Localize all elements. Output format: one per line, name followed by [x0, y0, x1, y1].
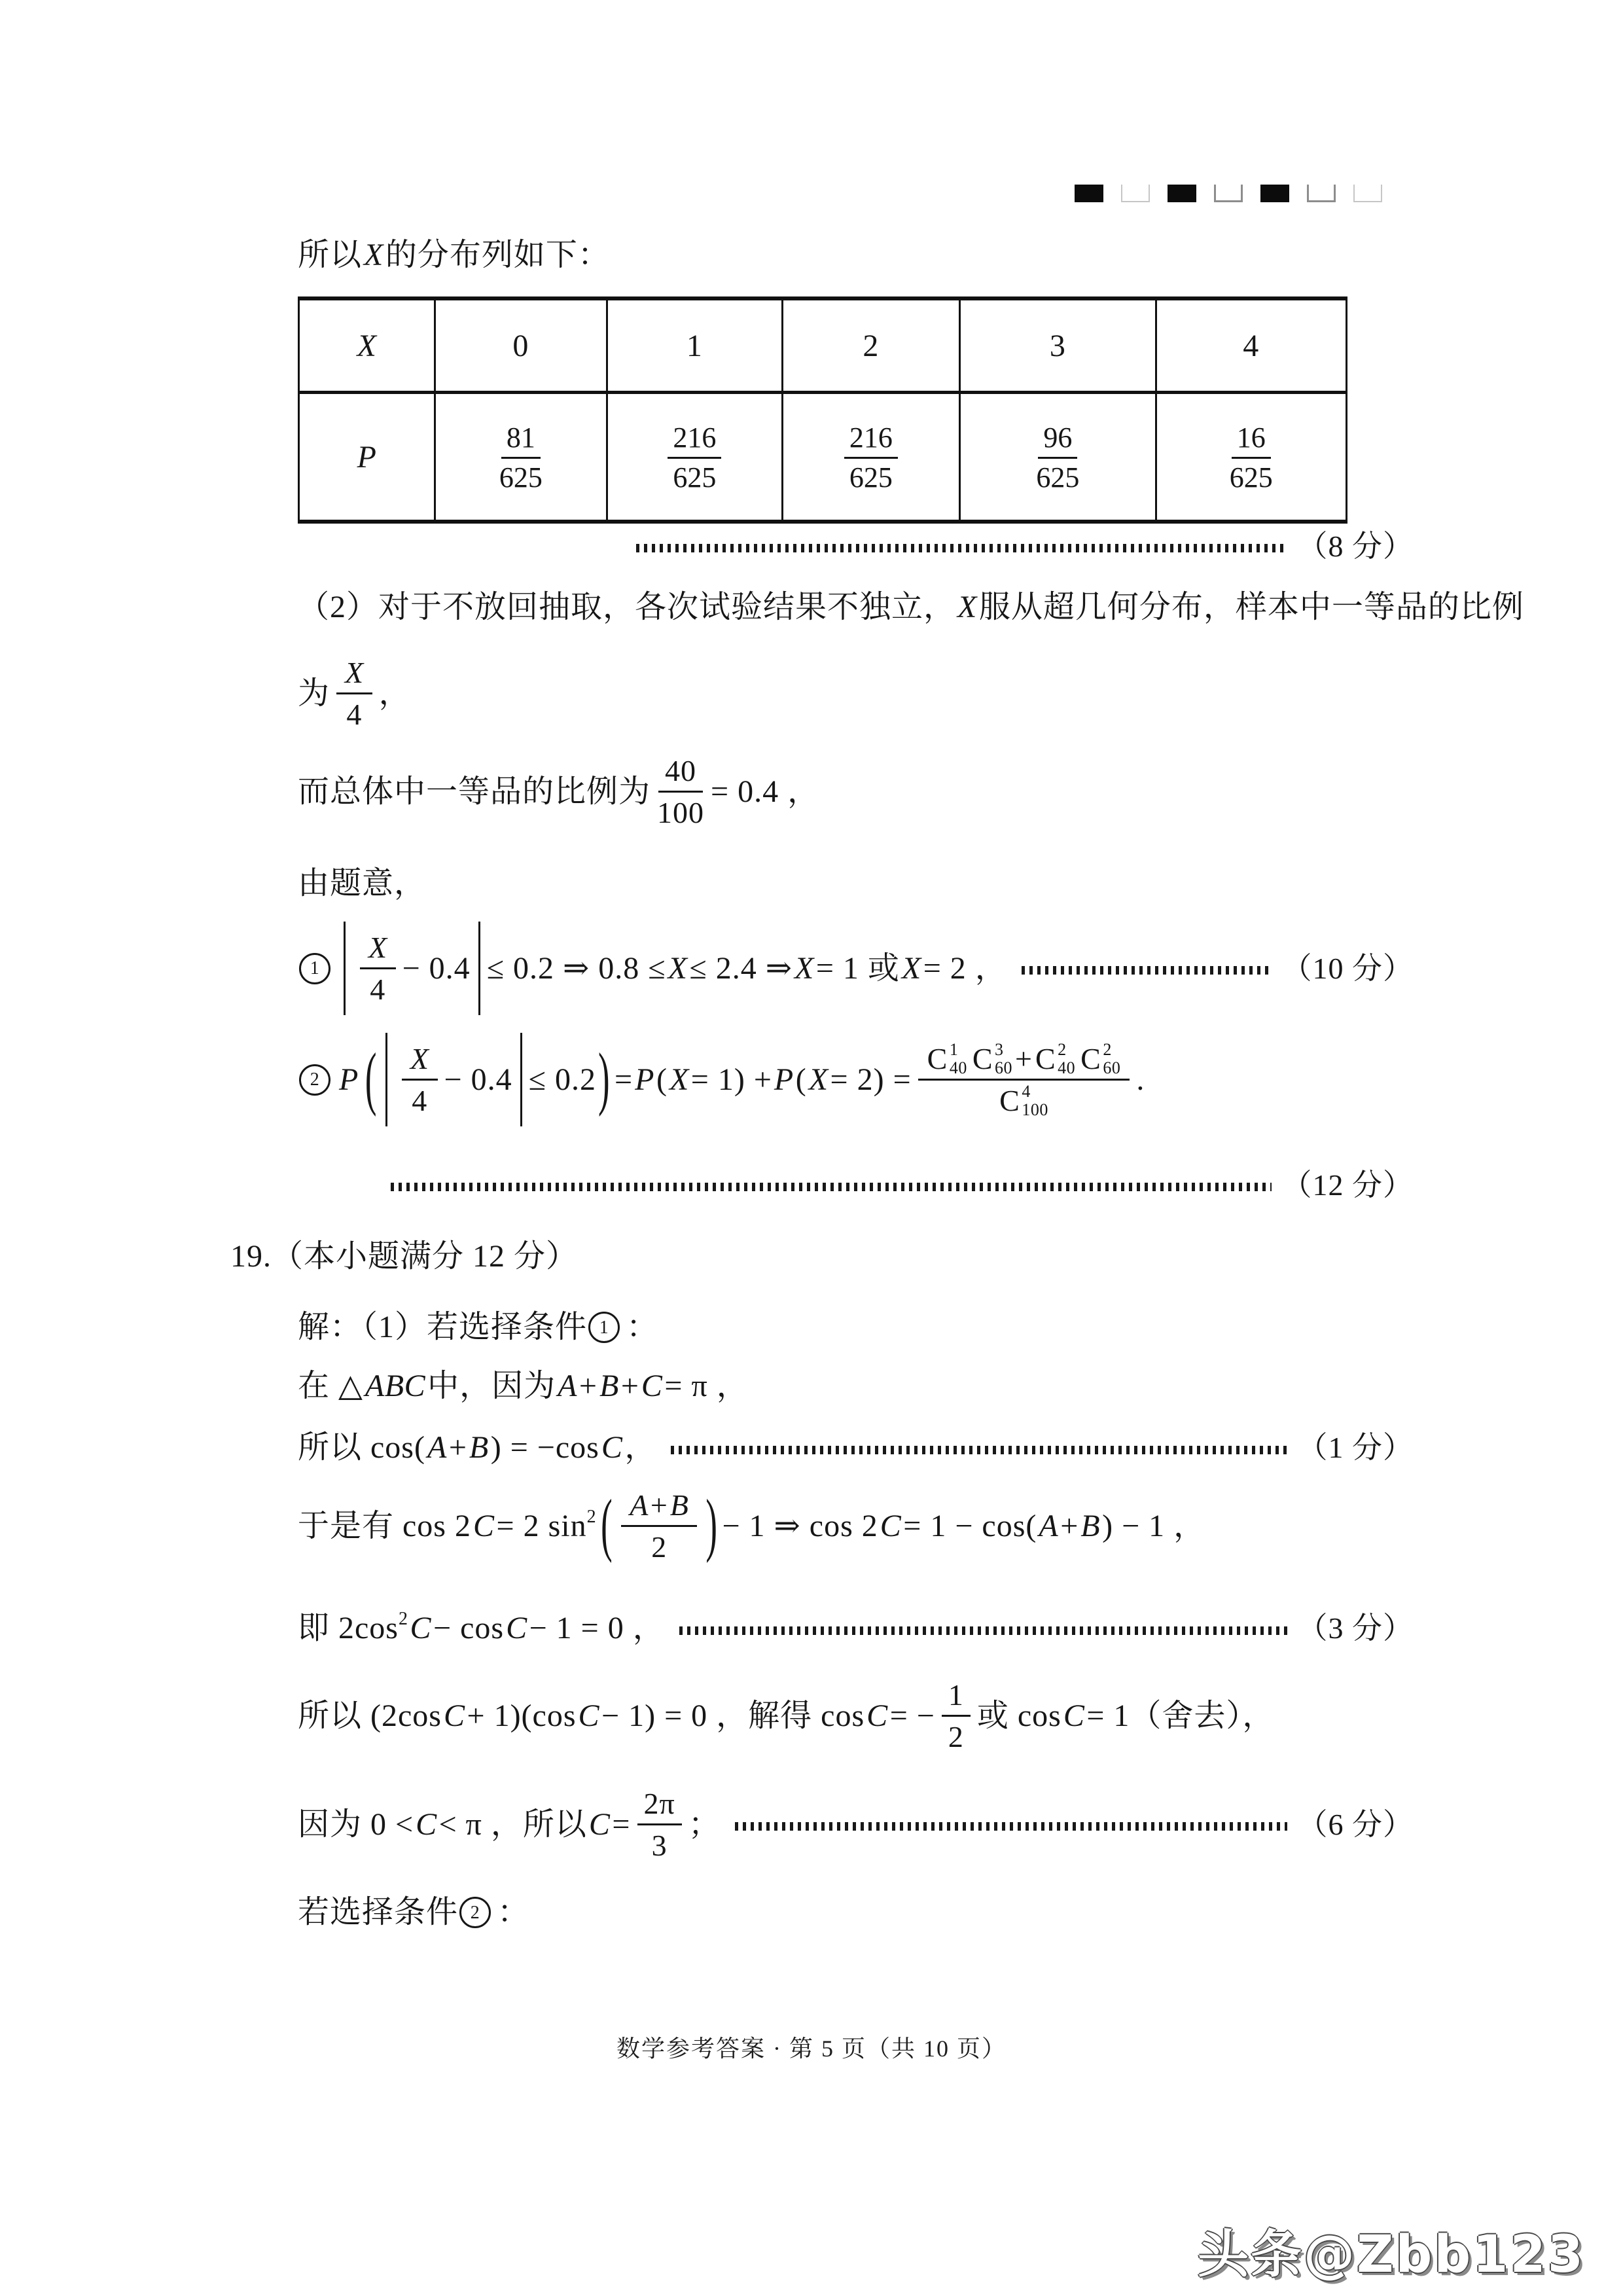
paren-content: X4− 0.4≤ 0.2 — [379, 1033, 596, 1126]
math-variable: C — [1063, 1696, 1085, 1736]
score-label: （3 分） — [1298, 1609, 1414, 1647]
fraction: 2π3 — [637, 1785, 682, 1863]
math-text: = − — [890, 1696, 935, 1736]
math-variable: C — [880, 1507, 902, 1546]
math-text: = 2) = — [830, 1060, 912, 1100]
fraction: 40100 — [657, 753, 704, 831]
numerator: X — [360, 929, 396, 969]
math-text: − 0.4 — [444, 1060, 512, 1100]
comb-superscript: 3 — [995, 1041, 1004, 1058]
parenthesized-group: (X4− 0.4≤ 0.2) — [363, 1033, 612, 1126]
math-text: 中，因为 — [427, 1367, 556, 1406]
close-paren: ) — [598, 1035, 610, 1124]
registration-mark — [1168, 185, 1196, 202]
comb-base: C — [1035, 1041, 1056, 1077]
score-label: （6 分） — [1298, 1806, 1414, 1844]
dotted-leader — [735, 1822, 1287, 1831]
comb-subscript: 40 — [1058, 1059, 1075, 1077]
probability-fraction: 216625 — [668, 421, 721, 495]
math-variable: B — [469, 1428, 489, 1467]
math-variable: C — [410, 1609, 432, 1648]
question19-title-line: 19.（本小题满分 12 分） — [230, 1237, 578, 1276]
math-variable: C — [641, 1367, 663, 1406]
math-variable: B — [670, 1487, 689, 1523]
registration-mark — [1307, 185, 1336, 202]
math-variable: A — [630, 1487, 649, 1523]
table-x-value: 3 — [1050, 329, 1066, 363]
open-paren: ( — [601, 1482, 613, 1570]
math-text: 所以 — [298, 236, 362, 275]
parenthesized-group: (A + B2) — [599, 1487, 719, 1565]
table-x-value: 1 — [687, 329, 703, 363]
triangle-sum-line: 在 △ABC 中，因为 A + B + C = π ， — [298, 1367, 749, 1406]
math-variable: X — [410, 1041, 429, 1077]
comb-base: C — [999, 1083, 1020, 1119]
math-text: − 0.4 — [402, 949, 471, 988]
probability-fraction: 96625 — [1036, 421, 1079, 495]
watermark-text: 头条@Zbb123 — [1198, 2225, 1585, 2284]
numerator: 1 — [942, 1677, 971, 1717]
dotted-leader — [636, 544, 1287, 552]
math-variable: X — [364, 236, 383, 275]
math-text: 4 — [412, 1083, 427, 1119]
math-text: = 1 或 — [816, 949, 900, 988]
step2-probability-line: 2P(X4− 0.4≤ 0.2) = P(X = 1) + P(X = 2) =… — [298, 1033, 1145, 1126]
comb-subscript: 60 — [1103, 1059, 1120, 1077]
footer-text: 数学参考答案 · 第 5 页（共 10 页） — [616, 2036, 1007, 2062]
math-text: 3 — [652, 1827, 668, 1863]
cos2C-derivation-line: 于是有 cos 2C = 2 sin2(A + B2)− 1 ⇒ cos 2C … — [298, 1487, 1205, 1565]
superscript: 2 — [587, 1508, 597, 1526]
math-text: = 1) + — [691, 1060, 772, 1100]
math-variable: X — [669, 1060, 689, 1100]
math-variable: X — [368, 929, 387, 965]
math-text: 19.（本小题满分 12 分） — [230, 1237, 578, 1276]
part2-intro-line: （2）对于不放回抽取，各次试验结果不独立， X 服从超几何分布，样本中一等品的比… — [298, 588, 1524, 627]
dotted-leader — [1022, 966, 1272, 975]
math-variable: A — [1039, 1507, 1058, 1546]
math-text: ≤ 0.2 — [529, 1060, 596, 1100]
circled-number: 1 — [299, 953, 330, 984]
factoring-line: 所以 (2cos C + 1)(cos C − 1) = 0 ，解得 cos C… — [298, 1677, 1274, 1755]
math-text: 所以 (2cos — [298, 1696, 442, 1736]
math-text: 40 — [665, 753, 696, 789]
math-text: + — [579, 1367, 597, 1406]
math-variable: B — [1080, 1507, 1100, 1546]
math-text: 100 — [657, 795, 704, 831]
math-text: 而总体中一等品的比例为 — [298, 772, 651, 812]
registration-mark — [1260, 185, 1289, 202]
comb-subscript: 60 — [995, 1059, 1012, 1077]
math-text: − 1 = 0 ， — [529, 1609, 665, 1648]
circled-number: 1 — [588, 1312, 620, 1343]
absolute-value-group: X4− 0.4 — [385, 1033, 522, 1126]
math-variable: C — [589, 1805, 611, 1844]
registration-mark — [1075, 185, 1103, 202]
denominator: 3 — [652, 1825, 668, 1863]
score-label: （1 分） — [1298, 1429, 1414, 1467]
score-label: （12 分） — [1282, 1166, 1414, 1204]
score-label: （8 分） — [1298, 528, 1414, 565]
math-text: ： — [626, 1308, 658, 1347]
numerator: X — [402, 1041, 438, 1081]
probability-fraction: 16625 — [1230, 421, 1273, 495]
math-text: < π ，所以 — [439, 1805, 587, 1844]
comb-base: C — [1080, 1041, 1101, 1077]
score-line-8: （8 分） — [622, 528, 1414, 565]
math-text: 即 2cos — [298, 1609, 399, 1648]
probability-fraction: 216625 — [844, 421, 898, 495]
comb-superscript: 2 — [1058, 1041, 1067, 1058]
math-text: 2 — [948, 1719, 964, 1755]
comb-scripts: 140 — [950, 1041, 967, 1077]
math-text: − 1 ⇒ cos 2 — [722, 1507, 878, 1546]
fraction: A + B2 — [621, 1487, 697, 1565]
table-x-label: X — [357, 329, 376, 363]
score-line-12: （12 分） — [376, 1166, 1414, 1204]
math-text: = 2 sin — [497, 1507, 587, 1546]
step1-inequality-line: 1X4− 0.4≤ 0.2 ⇒ 0.8 ≤ X ≤ 2.4 ⇒ X = 1 或X… — [298, 922, 1414, 1015]
probability-fraction: 81625 — [499, 421, 543, 495]
comb-superscript: 1 — [950, 1041, 959, 1058]
circled-number: 2 — [459, 1897, 491, 1928]
math-variable: P — [339, 1060, 359, 1100]
math-text: + — [449, 1428, 467, 1467]
math-text: 为 — [298, 674, 330, 713]
absolute-value-group: X4− 0.4 — [344, 922, 480, 1015]
math-text: ≤ 0.2 ⇒ 0.8 ≤ — [487, 949, 666, 988]
math-text: ) − 1 ， — [1102, 1507, 1205, 1546]
fraction: X4 — [402, 1041, 438, 1119]
print-registration-marks — [1075, 185, 1382, 202]
math-text: 2π — [644, 1785, 675, 1821]
distribution-table: X 0 1 2 3 4 P 81625 216625 216625 96625 … — [298, 296, 1347, 524]
combination: C4100 — [999, 1083, 1048, 1119]
registration-mark — [1214, 185, 1243, 202]
fraction: 12 — [942, 1677, 971, 1755]
fraction: X4 — [360, 929, 396, 1007]
circled-number: 2 — [299, 1064, 330, 1096]
combination: C360 — [972, 1041, 1012, 1077]
score-label: （10 分） — [1282, 950, 1414, 988]
math-text: 2 — [651, 1529, 667, 1565]
math-variable: ABC — [365, 1367, 425, 1406]
fraction: C140C360 + C240C260C4100 — [918, 1041, 1130, 1119]
math-variable: C — [506, 1609, 527, 1648]
combination: C240 — [1035, 1041, 1075, 1077]
math-text: 在 △ — [298, 1367, 363, 1406]
math-text: − cos — [433, 1609, 504, 1648]
denominator: 2 — [651, 1527, 667, 1565]
math-text: 于是有 cos 2 — [298, 1507, 471, 1546]
close-paren: ) — [705, 1482, 717, 1570]
distribution-intro-line: 所以 X 的分布列如下： — [298, 236, 610, 275]
math-text: 4 — [346, 696, 362, 732]
numerator: 2π — [637, 1785, 682, 1825]
math-text: + 1)(cos — [467, 1696, 577, 1736]
math-variable: X — [345, 655, 364, 691]
math-variable: C — [416, 1805, 437, 1844]
table-x-value: 0 — [512, 329, 529, 363]
by-problem-line: 由题意， — [298, 864, 426, 903]
math-variable: X — [902, 949, 921, 988]
denominator: 4 — [346, 694, 362, 732]
table-p-label: P — [357, 440, 376, 475]
math-variable: A — [427, 1428, 447, 1467]
solution-condition1-line: 解：（1）若选择条件1： — [298, 1308, 658, 1347]
fraction: X4 — [336, 655, 372, 732]
math-variable: X — [794, 949, 814, 988]
math-text: = 0.4 ， — [711, 772, 819, 812]
page-footer: 数学参考答案 · 第 5 页（共 10 页） — [0, 2030, 1623, 2064]
comb-base: C — [972, 1041, 993, 1077]
math-text: + — [1015, 1041, 1033, 1077]
math-variable: C — [473, 1507, 495, 1546]
denominator: 2 — [948, 1717, 964, 1755]
dotted-leader — [391, 1183, 1272, 1191]
dotted-leader — [679, 1626, 1287, 1635]
comb-scripts: 240 — [1058, 1041, 1075, 1077]
population-ratio-line: 而总体中一等品的比例为40100= 0.4 ， — [298, 753, 819, 831]
numerator: A + B — [621, 1487, 697, 1527]
comb-superscript: 2 — [1103, 1041, 1112, 1058]
open-paren: ( — [365, 1035, 377, 1124]
math-variable: C — [579, 1696, 600, 1736]
math-text: ( — [796, 1060, 807, 1100]
watermark: 头条@Zbb123 — [1198, 2214, 1585, 2287]
math-text: = π ， — [664, 1367, 748, 1406]
math-text: = — [612, 1805, 630, 1844]
denominator: 4 — [412, 1081, 427, 1119]
math-text: 若选择条件 — [298, 1893, 458, 1932]
combination: C260 — [1080, 1041, 1120, 1077]
table-x-value: 4 — [1243, 329, 1259, 363]
comb-scripts: 260 — [1103, 1041, 1120, 1077]
math-text: ， — [624, 1428, 656, 1467]
math-variable: C — [601, 1428, 623, 1467]
numerator: 40 — [658, 753, 703, 793]
denominator: 100 — [657, 793, 704, 831]
math-text: 解：（1）若选择条件 — [298, 1308, 587, 1347]
math-variable: P — [635, 1060, 654, 1100]
math-variable: C — [866, 1696, 888, 1736]
math-variable: C — [444, 1696, 465, 1736]
quadratic-line: 即 2cos2C − cos C − 1 = 0 ，（3 分） — [298, 1609, 1414, 1648]
dotted-leader — [671, 1446, 1287, 1454]
math-text: ； — [688, 1805, 721, 1844]
comb-scripts: 4100 — [1022, 1083, 1048, 1119]
condition2-line: 若选择条件2： — [298, 1893, 529, 1932]
math-text: = 1 − cos( — [903, 1507, 1037, 1546]
denominator: 4 — [370, 969, 385, 1007]
math-variable: B — [599, 1367, 619, 1406]
sample-ratio-line: 为X4， — [298, 655, 411, 732]
math-text: 或 cos — [977, 1696, 1061, 1736]
math-text: = 2 ， — [923, 949, 1007, 988]
math-variable: X — [668, 949, 688, 988]
math-text: 由题意， — [298, 864, 426, 903]
math-variable: X — [957, 588, 977, 627]
math-text: ： — [497, 1893, 529, 1932]
math-variable: A — [558, 1367, 577, 1406]
numerator: X — [336, 655, 372, 694]
math-text: − 1) = 0 ，解得 cos — [601, 1696, 865, 1736]
math-text: = — [615, 1060, 633, 1100]
math-text: （2）对于不放回抽取，各次试验结果不独立， — [298, 588, 955, 627]
paren-content: A + B2 — [615, 1487, 704, 1565]
math-text: + — [1060, 1507, 1079, 1546]
registration-mark — [1121, 185, 1150, 202]
table-row-x: X 0 1 2 3 4 — [299, 298, 1347, 393]
comb-superscript: 4 — [1022, 1083, 1031, 1100]
table-x-value: 2 — [863, 329, 879, 363]
math-text: 1 — [948, 1677, 964, 1713]
math-text: + — [651, 1487, 668, 1523]
comb-subscript: 40 — [950, 1059, 967, 1077]
comb-subscript: 100 — [1022, 1101, 1048, 1119]
math-text: ≤ 2.4 ⇒ — [689, 949, 793, 988]
superscript: 2 — [399, 1610, 408, 1628]
angle-result-line: 因为 0 < C < π ，所以 C = 2π3；（6 分） — [298, 1785, 1414, 1863]
math-text: 所以 cos( — [298, 1428, 425, 1467]
numerator: C140C360 + C240C260 — [918, 1041, 1130, 1081]
math-text: 服从超几何分布，样本中一等品的比例 — [979, 588, 1524, 627]
table-row-p: P 81625 216625 216625 96625 16625 — [299, 393, 1347, 522]
math-text: 因为 0 < — [298, 1805, 414, 1844]
comb-base: C — [927, 1041, 948, 1077]
math-variable: X — [809, 1060, 829, 1100]
math-text: ) = −cos — [491, 1428, 599, 1467]
math-variable: P — [774, 1060, 794, 1100]
combination: C140 — [927, 1041, 967, 1077]
math-text: ， — [379, 674, 411, 713]
math-text: + — [621, 1367, 639, 1406]
denominator: C4100 — [997, 1081, 1051, 1119]
math-text: ( — [656, 1060, 668, 1100]
comb-scripts: 360 — [995, 1041, 1012, 1077]
math-text: 4 — [370, 971, 385, 1007]
math-text: = 1（舍去）， — [1086, 1696, 1274, 1736]
registration-mark — [1353, 185, 1382, 202]
exam-answer-page: X 0 1 2 3 4 P 81625 216625 216625 96625 … — [0, 0, 1623, 2296]
cos-sum-line: 所以 cos(A + B) = −cos C ，（1 分） — [298, 1428, 1414, 1467]
math-text: . — [1136, 1060, 1145, 1100]
math-text: 的分布列如下： — [385, 236, 610, 275]
